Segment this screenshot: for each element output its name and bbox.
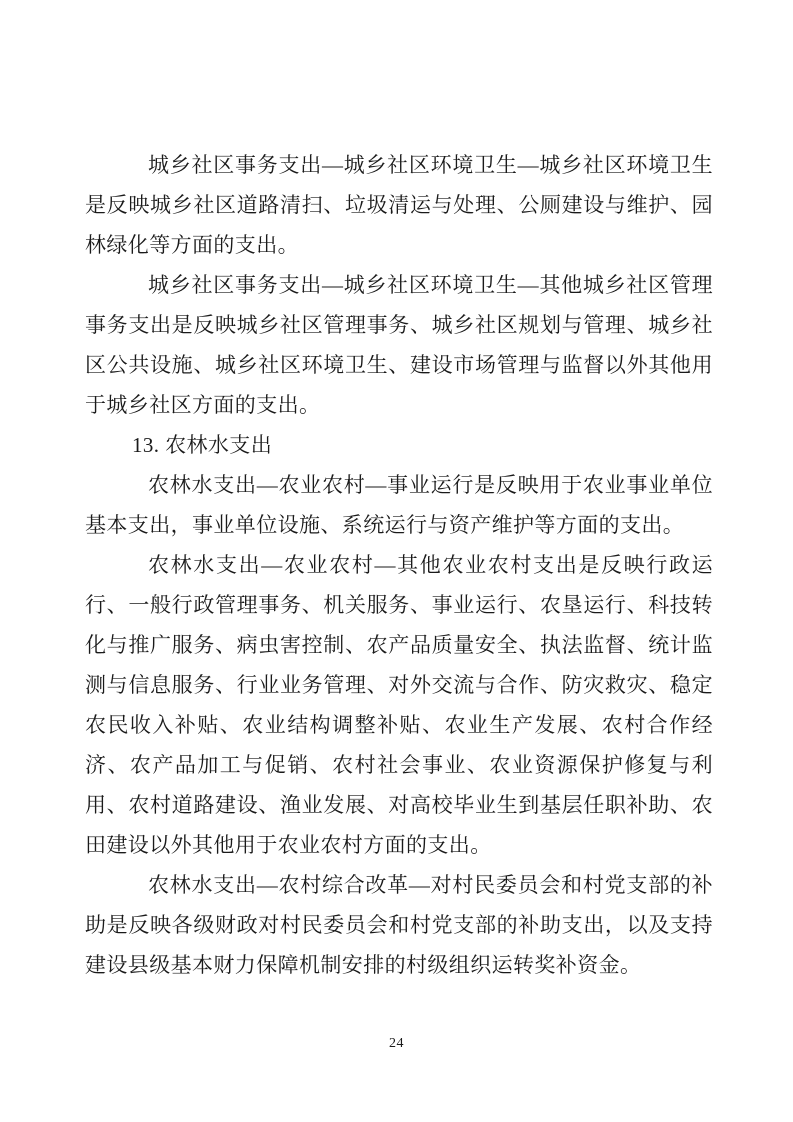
paragraph-urban-community-environment: 城乡社区事务支出—城乡社区环境卫生—城乡社区环境卫生是反映城乡社区道路清扫、垃圾… — [85, 145, 713, 265]
page-content: 城乡社区事务支出—城乡社区环境卫生—城乡社区环境卫生是反映城乡社区道路清扫、垃圾… — [85, 145, 713, 985]
page-number: 24 — [0, 1036, 793, 1052]
section-heading-13-agriculture-forestry-water: 13. 农林水支出 — [85, 425, 713, 465]
document-page: 城乡社区事务支出—城乡社区环境卫生—城乡社区环境卫生是反映城乡社区道路清扫、垃圾… — [0, 0, 793, 1122]
paragraph-rural-reform-village-subsidy: 农林水支出—农村综合改革—对村民委员会和村党支部的补助是反映各级财政对村民委员会… — [85, 865, 713, 985]
paragraph-agriculture-other-expenditure: 农林水支出—农业农村—其他农业农村支出是反映行政运行、一般行政管理事务、机关服务… — [85, 545, 713, 865]
paragraph-urban-community-other-management: 城乡社区事务支出—城乡社区环境卫生—其他城乡社区管理事务支出是反映城乡社区管理事… — [85, 265, 713, 425]
paragraph-agriculture-operations: 农林水支出—农业农村—事业运行是反映用于农业事业单位基本支出，事业单位设施、系统… — [85, 465, 713, 545]
